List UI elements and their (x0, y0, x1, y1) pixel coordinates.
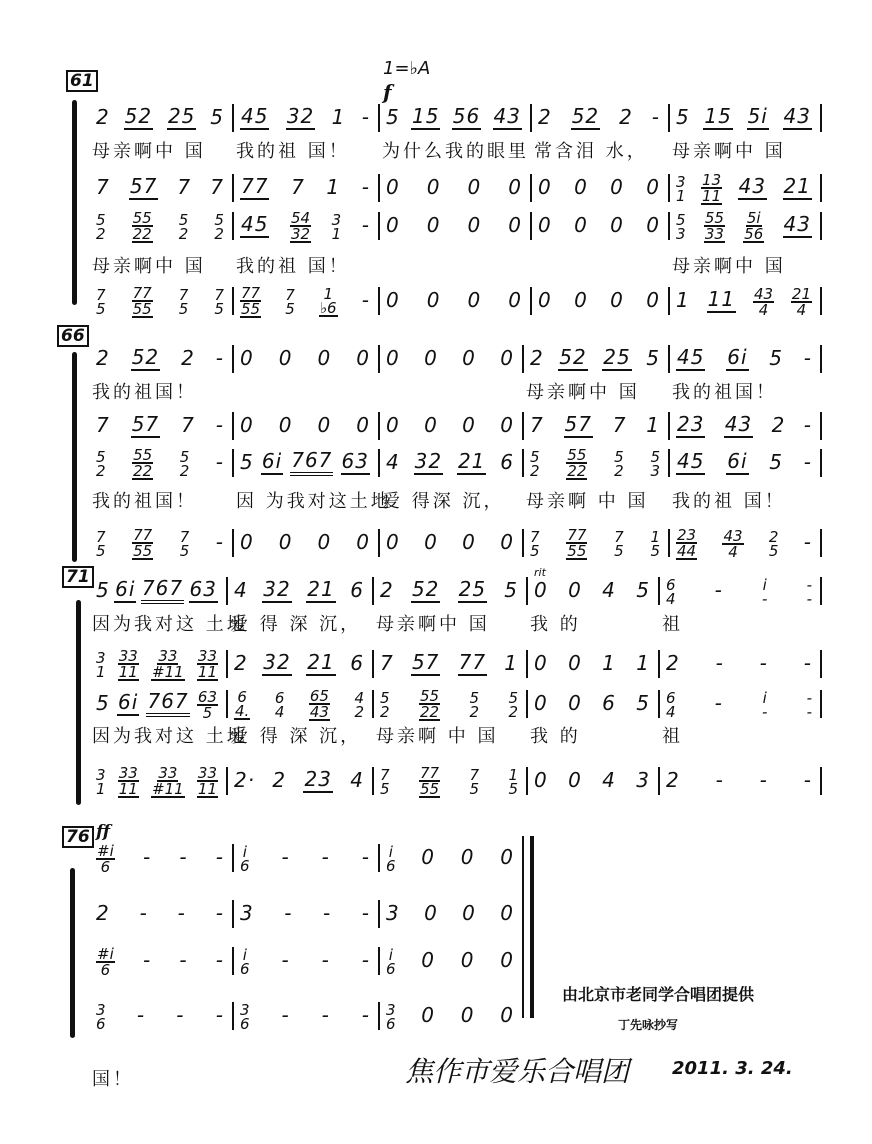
chord: 31 (676, 172, 686, 203)
note: 7 (96, 413, 110, 437)
dash-sustain: - (804, 651, 812, 675)
measure: 5255225253 (530, 447, 660, 477)
note: 2· (234, 768, 255, 792)
note: 52 (558, 345, 587, 371)
note: 6 (350, 651, 364, 675)
barline (820, 287, 822, 315)
rest: 0 (568, 578, 582, 602)
measure: 45321- (240, 102, 370, 132)
lyric: 我的祖国！ (672, 378, 777, 404)
note: 3 (386, 901, 400, 925)
note: 52 (131, 345, 160, 371)
barline (522, 345, 524, 373)
chord-stack: i6 (240, 845, 250, 873)
note: 4 (350, 768, 364, 792)
rest: 0 (534, 768, 548, 792)
chord-stack: 635 (197, 690, 218, 720)
barline (226, 767, 228, 795)
note: 21 (457, 449, 486, 475)
rest: 0 (421, 845, 435, 869)
note: 1 (504, 651, 518, 675)
note: 4 (602, 578, 616, 602)
note: 2 (272, 768, 286, 792)
lyric: 母亲啊中 国 (526, 378, 640, 404)
measure: 0000 (240, 410, 370, 440)
note: 2 (772, 413, 786, 437)
barline (232, 412, 234, 440)
measure: 52552252- (96, 447, 224, 477)
note: 32 (286, 104, 315, 130)
note: 767 (146, 689, 189, 717)
note: 1 (602, 651, 616, 675)
barline (820, 412, 822, 440)
lyric: 我的祖国！ (92, 487, 197, 513)
chord: 52 (214, 210, 224, 241)
note: 2 (538, 105, 552, 129)
dash-sustain: - (143, 948, 151, 972)
measure: 56i76763 (240, 447, 370, 477)
lyric: 国！ (92, 1065, 134, 1091)
barline (820, 345, 822, 373)
rest: 0 (646, 175, 660, 199)
dash-sustain: - (137, 1003, 145, 1027)
lyric: 祖 (662, 610, 683, 636)
measure: 3--- (240, 898, 370, 928)
chord: -- (807, 575, 812, 606)
chord-stack: 52 (180, 450, 190, 478)
rest: 0 (386, 346, 400, 370)
chord: 75 (380, 765, 390, 796)
measure: 0000 (386, 172, 522, 202)
note: 7 (291, 175, 305, 199)
rest: 0 (386, 288, 400, 312)
chord: 1♭6 (319, 284, 338, 317)
barline (232, 449, 234, 477)
lyric: 爱 得深 沉， (382, 487, 504, 513)
dash-sustain: - (216, 346, 224, 370)
measure: 0065 (534, 688, 650, 718)
note: 2 (666, 651, 680, 675)
barline (668, 287, 670, 315)
dynamic-forte: f (383, 80, 392, 104)
note: 43 (783, 104, 812, 130)
chord: 53 (676, 210, 686, 241)
chord: 64. (234, 687, 250, 720)
note: 43 (783, 212, 812, 238)
rest: 0 (424, 901, 438, 925)
rehearsal-mark-76: 76 (62, 826, 94, 848)
lyric: 常含泪 水， (534, 137, 648, 163)
chord: 52 (614, 447, 624, 478)
note: 6 (350, 578, 364, 602)
chord: 15 (508, 765, 518, 796)
note: 767 (290, 448, 333, 476)
barline (668, 212, 670, 240)
note: 6i (114, 577, 136, 603)
note: 11 (707, 287, 736, 313)
barline (522, 412, 524, 440)
chord: -- (807, 688, 812, 719)
note: 77 (240, 174, 269, 200)
chord-stack: #i6 (96, 844, 115, 874)
chord: 5522 (566, 445, 587, 480)
note: 5 (676, 105, 690, 129)
lyric: 爱 得 深 沉， (230, 610, 361, 636)
rest: 0 (534, 691, 548, 715)
barline (668, 104, 670, 132)
dash-sustain: - (281, 948, 289, 972)
dash-sustain: - (178, 901, 186, 925)
chord: 3311 (197, 646, 218, 681)
chord: 64 (666, 575, 676, 606)
note: 57 (564, 412, 593, 438)
rest: 0 (500, 1003, 514, 1027)
chord-stack: 5i56 (743, 211, 764, 243)
measure: 2--- (96, 898, 224, 928)
rest: 0 (318, 346, 332, 370)
note: 5 (386, 105, 400, 129)
rest: 0 (356, 346, 370, 370)
note: 4 (386, 450, 400, 474)
rest: 0 (646, 288, 660, 312)
chord-stack: 52 (469, 691, 479, 719)
dash-sustain: - (216, 845, 224, 869)
chord: 5522 (419, 686, 440, 721)
note: 32 (414, 449, 443, 475)
chord: 25 (769, 527, 779, 558)
chord-stack: 6543 (309, 689, 330, 721)
rest: 0 (538, 213, 552, 237)
rest: 0 (500, 530, 514, 554)
chord: 75 (180, 527, 190, 558)
chord: 15 (650, 527, 660, 558)
dash-sustain: - (176, 1003, 184, 1027)
note: 21 (783, 174, 812, 200)
chord-stack: 15 (650, 530, 660, 558)
barline (530, 287, 532, 315)
chord: 5i56 (743, 208, 764, 243)
dash-sustain: - (322, 1003, 330, 1027)
chord-stack: 3311 (118, 766, 139, 798)
dash-sustain: - (362, 1003, 370, 1027)
chord-stack: #i6 (96, 947, 115, 977)
rest: 0 (386, 175, 400, 199)
measure: 64-i--- (666, 688, 812, 718)
lyric: 我 的 (530, 722, 581, 748)
chord-stack: 75 (469, 768, 479, 796)
chord: 7755 (566, 525, 587, 560)
measure: 7755751♭6- (240, 285, 370, 315)
dash-sustain: - (322, 948, 330, 972)
barline (820, 104, 822, 132)
chord: 7755 (132, 525, 153, 560)
note: 7 (96, 175, 110, 199)
measure: 5155i43 (676, 102, 812, 132)
chord-stack: 1311 (701, 173, 722, 205)
chord: 52 (469, 688, 479, 719)
note: 52 (411, 577, 440, 603)
note: 2 (181, 346, 195, 370)
rest: 0 (534, 651, 548, 675)
chord-stack: 2344 (676, 528, 697, 560)
measure: 0000 (386, 210, 522, 240)
chord-stack: 64 (666, 578, 676, 606)
chord-stack: 5522 (132, 211, 153, 243)
note: 52 (124, 104, 153, 130)
chord: 52 (96, 447, 106, 478)
chord: 42 (354, 688, 364, 719)
lyric: 母亲啊中 国 (92, 137, 206, 163)
measure: i6--- (240, 945, 370, 975)
measure: i6--- (240, 842, 370, 872)
barline (522, 449, 524, 477)
note: 7 (530, 413, 544, 437)
chord: 31 (332, 210, 342, 241)
rest: 0 (240, 413, 254, 437)
chord-stack: 53 (650, 450, 660, 478)
measure: i6000 (386, 842, 514, 872)
note: 7 (181, 413, 195, 437)
lyric: 我的祖 国！ (236, 137, 350, 163)
chord-stack: 7755 (132, 286, 153, 318)
measure: 7577557575 (96, 285, 224, 315)
lyric: 爱 得 深 沉， (230, 722, 361, 748)
chord-stack: 52 (96, 450, 106, 478)
chord-stack: 75 (180, 530, 190, 558)
chord: 36 (386, 1000, 396, 1031)
chord-stack: 75 (530, 530, 540, 558)
barline (668, 529, 670, 557)
barline (820, 767, 822, 795)
measure: 2--- (666, 648, 812, 678)
dash-sustain: - (652, 105, 660, 129)
chord-stack: 5522 (132, 448, 153, 480)
chord-stack: 52 (614, 450, 624, 478)
chord: 5522 (132, 208, 153, 243)
measure: 252255 (96, 102, 224, 132)
dash-sustain: - (323, 901, 331, 925)
chord-stack: 64 (666, 691, 676, 719)
dash-sustain: - (804, 346, 812, 370)
barline (232, 212, 234, 240)
barline (232, 104, 234, 132)
note: 4 (234, 578, 248, 602)
dash-sustain: - (760, 768, 768, 792)
measure: 36000 (386, 1000, 514, 1030)
barline (378, 900, 380, 928)
measure: 31331133#113311 (96, 648, 218, 678)
chord-stack: 75 (96, 530, 106, 558)
rest: 0 (386, 530, 400, 554)
chord: i- (762, 575, 767, 606)
chord: 52 (179, 210, 189, 241)
measure: 7771- (240, 172, 370, 202)
note: 6 (500, 450, 514, 474)
chord-stack: 15 (508, 768, 518, 796)
dash-sustain: - (804, 768, 812, 792)
chord: 31 (96, 765, 106, 796)
chord: 75 (285, 285, 295, 316)
chord: i6 (386, 842, 396, 873)
note: 6i (726, 449, 748, 475)
chord: 2344 (676, 525, 697, 560)
note: 77 (458, 650, 487, 676)
note: 57 (129, 174, 158, 200)
chord-stack: 64 (275, 691, 285, 719)
barline (658, 767, 660, 795)
note: 23 (676, 412, 705, 438)
barline (530, 212, 532, 240)
lyric: 因 为我对这土地 (236, 487, 392, 513)
barline (232, 844, 234, 872)
measure: 456i5- (676, 447, 812, 477)
rest: 0 (568, 651, 582, 675)
rest: 0 (424, 346, 438, 370)
note: 63 (341, 449, 370, 475)
chord-stack: 75 (614, 530, 624, 558)
rest: 0 (279, 346, 293, 370)
barline (378, 287, 380, 315)
note: 2 (96, 901, 110, 925)
measure: 64-i--- (666, 575, 812, 605)
rest: 0 (461, 948, 475, 972)
chord: 33#11 (151, 646, 185, 681)
note: 1 (636, 651, 650, 675)
rehearsal-mark-61: 61 (66, 70, 98, 92)
note: 43 (493, 104, 522, 130)
note: 4 (602, 768, 616, 792)
lyric: 母亲啊 中 国 (526, 487, 648, 513)
rest: 0 (462, 413, 476, 437)
chord: 52 (380, 688, 390, 719)
measure: 456i5- (676, 343, 812, 373)
measure: 56i76763 (96, 575, 218, 605)
barline (522, 529, 524, 557)
measure: 111434214 (676, 285, 812, 315)
chord-stack: 7755 (566, 528, 587, 560)
note: 5 (646, 346, 660, 370)
barline (820, 690, 822, 718)
dash-sustain: - (281, 845, 289, 869)
rest: 0 (610, 288, 624, 312)
choir-name: 焦作市爱乐合唱团 (405, 1050, 629, 1090)
measure: 0000 (386, 343, 514, 373)
note: 15 (703, 104, 732, 130)
chord-stack: 31 (332, 213, 342, 241)
measure: 252255 (530, 343, 660, 373)
note: 32 (262, 577, 291, 603)
barline (232, 900, 234, 928)
dash-sustain: - (362, 845, 370, 869)
measure: 0000 (538, 210, 660, 240)
measure: 75771 (530, 410, 660, 440)
chord-stack: 53 (676, 213, 686, 241)
note: 45 (676, 345, 705, 371)
dash-sustain: - (716, 768, 724, 792)
chord-stack: 5432 (290, 211, 311, 243)
dash-sustain: - (804, 530, 812, 554)
chord: 52 (508, 688, 518, 719)
measure: 5155643 (386, 102, 522, 132)
rest: 0 (574, 175, 588, 199)
chord: i6 (240, 945, 250, 976)
note: 43 (724, 412, 753, 438)
rest: 0 (610, 213, 624, 237)
dash-sustain: - (804, 413, 812, 437)
note: 23 (303, 767, 332, 793)
chord: 33#11 (151, 763, 185, 798)
rehearsal-mark-66: 66 (57, 325, 89, 347)
dash-sustain: - (716, 651, 724, 675)
chord: 434 (722, 526, 743, 559)
note: 2 (666, 768, 680, 792)
measure: 64.64654342 (234, 688, 364, 718)
chord: 75 (469, 765, 479, 796)
lyric: 我的祖 国！ (236, 252, 350, 278)
rest: 0 (279, 413, 293, 437)
note: 2 (530, 346, 544, 370)
dash-sustain: - (216, 1003, 224, 1027)
note: 7 (613, 413, 627, 437)
note: 7 (210, 175, 224, 199)
note: 2 (96, 105, 110, 129)
chord-stack: 75 (96, 288, 106, 316)
measure: 31331133#113311 (96, 765, 218, 795)
barline (372, 577, 374, 605)
note: 57 (411, 650, 440, 676)
rest: 0 (427, 213, 441, 237)
chord-stack: 434 (722, 529, 743, 559)
note: 21 (306, 650, 335, 676)
barline (232, 947, 234, 975)
barline (372, 690, 374, 718)
note: 1 (332, 105, 346, 129)
chord-stack: 42 (354, 691, 364, 719)
note: 43 (738, 174, 767, 200)
chord: 64 (666, 688, 676, 719)
rest: 0 (240, 346, 254, 370)
barline (378, 174, 380, 202)
measure: 75775575- (96, 527, 224, 557)
date: 2011. 3. 24. (672, 1058, 793, 1079)
rest: 0 (468, 213, 482, 237)
barline (658, 690, 660, 718)
chord: 635 (197, 687, 218, 720)
rest: 0 (500, 948, 514, 972)
note: 767 (141, 576, 184, 604)
lyric: 我的祖 国！ (672, 487, 786, 513)
measure: 252255 (380, 575, 518, 605)
note: 3 (240, 901, 254, 925)
system-bracket (76, 600, 81, 805)
chord-stack: 3311 (197, 766, 218, 798)
chord-stack: 33#11 (151, 766, 185, 798)
dash-sustain: - (140, 901, 148, 925)
note: 15 (411, 104, 440, 130)
chord: 5432 (290, 208, 311, 243)
barline (668, 449, 670, 477)
barline (526, 650, 528, 678)
rest: 0 (508, 213, 522, 237)
barline (226, 650, 228, 678)
measure: #i6--- (96, 842, 224, 872)
rest: 0 (500, 845, 514, 869)
lyric: 祖 (662, 722, 683, 748)
measure: 0000 (538, 285, 660, 315)
dash-sustain: - (362, 901, 370, 925)
note: 5 (636, 691, 650, 715)
chord: #i6 (96, 944, 115, 977)
